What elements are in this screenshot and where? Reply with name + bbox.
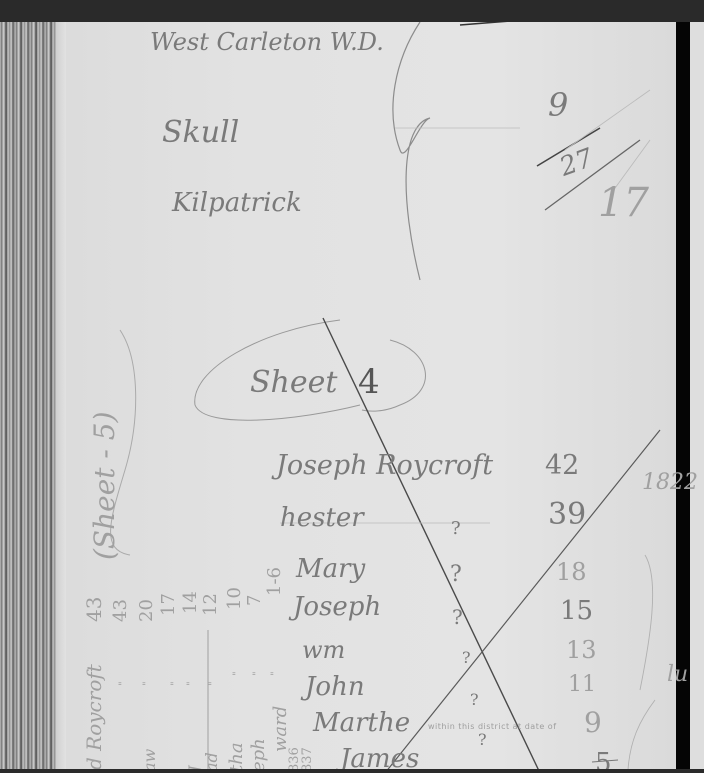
household-age: 9 (584, 706, 602, 739)
printed-form-text: within this district at date of (428, 722, 557, 731)
tally-top: 9 (548, 86, 568, 124)
right-margin-fragment: lu (667, 662, 688, 687)
margin-sheet-label: (Sheet - 5) (88, 411, 121, 560)
household-name: wm (302, 636, 345, 664)
tally-bottom: 17 (598, 180, 649, 226)
household-mark: ? (462, 648, 471, 667)
household-age: 15 (560, 596, 593, 626)
household-mark: ? (478, 730, 487, 749)
ditto-mark: " (118, 681, 129, 686)
household-name: Marthe (313, 708, 410, 738)
ditto-mark: " (208, 681, 219, 686)
margin-given-name: tha (226, 742, 247, 772)
district-name: West Carleton W.D. (150, 28, 384, 56)
margin-age: 7 (244, 595, 265, 606)
household-name: Joseph (293, 592, 381, 622)
locality-skull: Skull (162, 115, 239, 150)
page-edge (56, 0, 66, 773)
margin-age: 43 (82, 597, 106, 622)
household-name: Mary (296, 554, 365, 584)
household-mark: ? (470, 690, 479, 709)
ditto-mark: " (270, 671, 281, 676)
margin-age: 43 (110, 599, 131, 622)
household-mark: ? (452, 605, 463, 629)
viewer-bottom-bar (0, 769, 704, 773)
margin-given-name: eph (248, 738, 269, 772)
household-age: 39 (548, 497, 586, 532)
margin-age: 10 (224, 587, 245, 610)
household-mark: ? (451, 518, 461, 539)
household-name: Joseph Roycroft (276, 450, 493, 481)
locality-kilpatrick: Kilpatrick (172, 188, 302, 218)
household-age: 11 (568, 672, 596, 697)
margin-given-name: ward (270, 706, 291, 752)
year-note: 1822 (642, 470, 698, 495)
margin-age: 14 (180, 591, 201, 614)
ditto-mark: " (186, 681, 197, 686)
margin-surname: d Roycroft (82, 664, 106, 770)
ditto-mark: " (232, 671, 243, 676)
margin-age: 1-6 (264, 567, 285, 596)
household-name: hester (280, 503, 364, 533)
household-age: 42 (545, 450, 579, 481)
household-age: 13 (566, 636, 597, 664)
margin-age: 12 (200, 593, 221, 616)
viewer-top-bar (0, 0, 704, 22)
margin-age: 20 (136, 599, 157, 622)
household-age: 18 (556, 558, 587, 586)
page-gutter (676, 0, 690, 773)
sheet-label: Sheet (250, 365, 337, 400)
document-viewer: West Carleton W.D. Skull Kilpatrick 9 27… (0, 0, 704, 773)
margin-age: 17 (158, 593, 179, 616)
ditto-mark: " (170, 681, 181, 686)
sheet-number: 4 (358, 362, 380, 402)
ditto-mark: " (142, 681, 153, 686)
household-mark: ? (450, 562, 462, 587)
ditto-mark: " (252, 671, 263, 676)
household-name: John (305, 672, 365, 702)
next-page-edge (690, 0, 704, 773)
